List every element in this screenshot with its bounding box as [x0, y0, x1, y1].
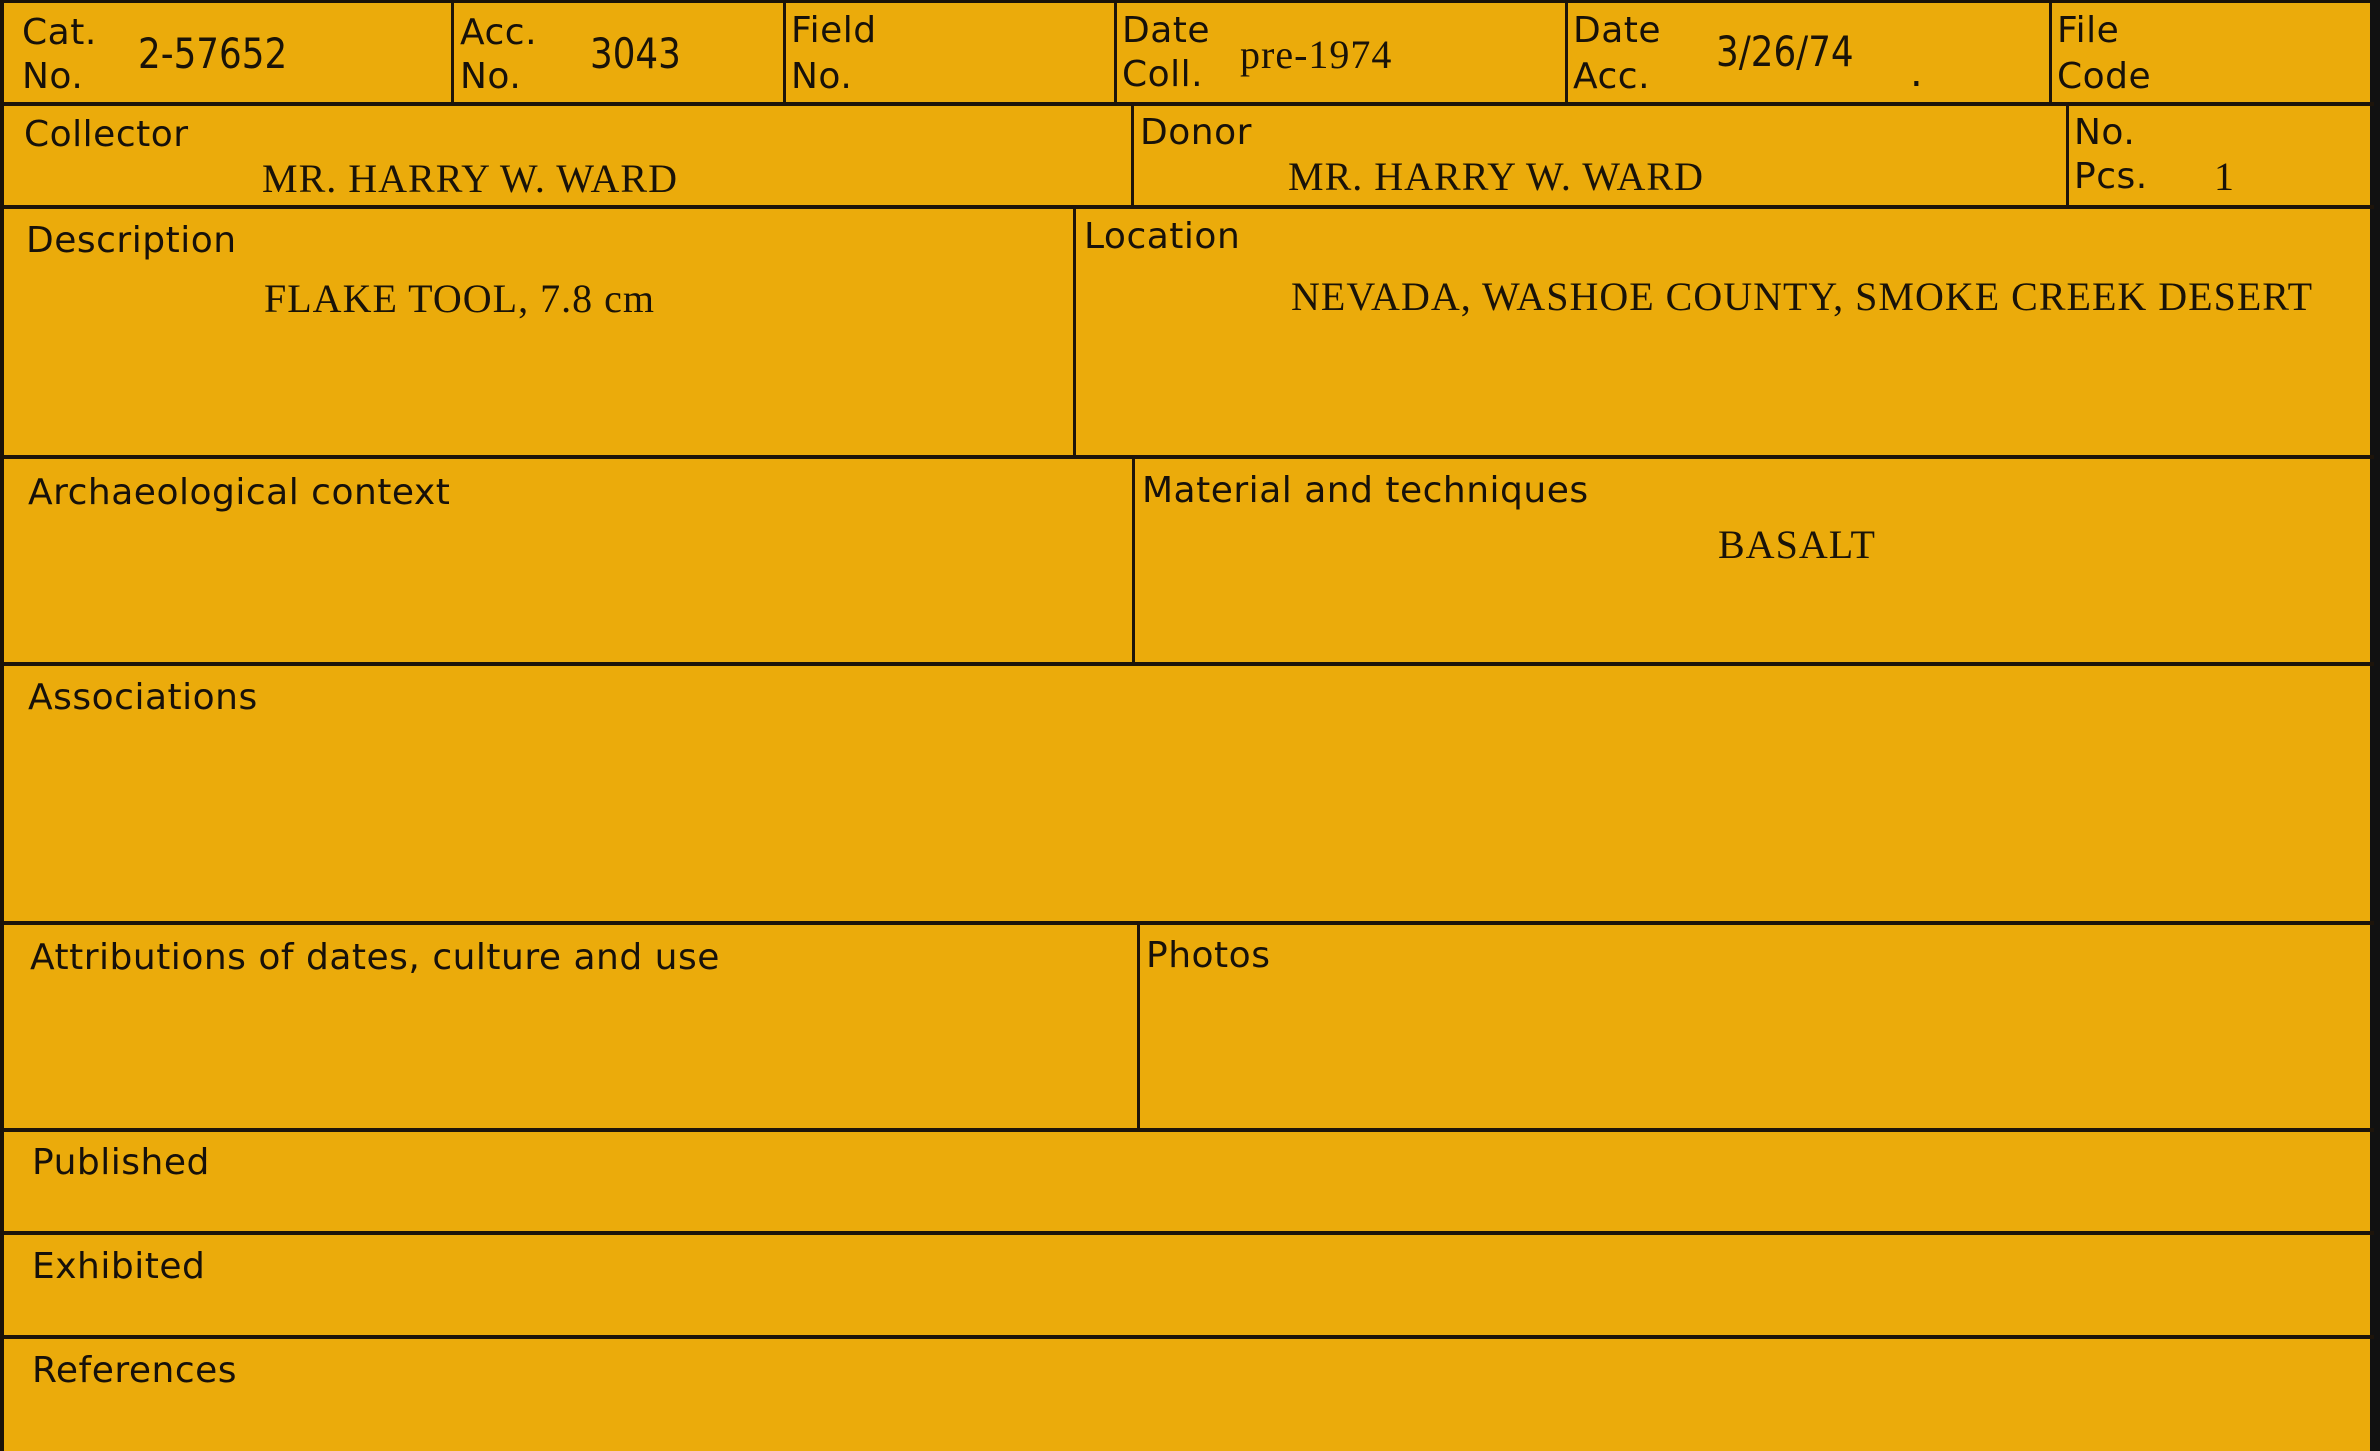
column-divider: [2066, 105, 2069, 207]
cat-no-value: 2-57652: [138, 29, 287, 78]
column-divider: [1137, 924, 1140, 1130]
no-pcs-label-line1: No.: [2074, 111, 2135, 155]
file-code-label-line1: File: [2057, 9, 2119, 53]
column-divider: [1131, 105, 1134, 207]
donor-label: Donor: [1140, 115, 1252, 151]
date-acc-value: 3/26/74: [1716, 27, 1854, 76]
published-label: Published: [32, 1145, 210, 1181]
material-techniques-label: Material and techniques: [1142, 473, 1589, 509]
cat-no-label-line1: Cat.: [22, 11, 97, 55]
cat-no-label-line2: No.: [22, 55, 83, 99]
collector-label: Collector: [24, 117, 189, 153]
date-coll-label-line2: Coll.: [1122, 53, 1203, 97]
column-divider: [783, 3, 786, 103]
references-label: References: [32, 1353, 237, 1389]
catalog-card: Cat. No. 2-57652 Acc. No. 3043 Field No.…: [0, 0, 2370, 1451]
date-coll-value: pre-1974: [1240, 31, 1392, 78]
row-divider: [4, 102, 2374, 106]
location-value: NEVADA, WASHOE COUNTY, SMOKE CREEK DESER…: [1291, 273, 2313, 320]
row-divider: [4, 1128, 2374, 1132]
attributions-label: Attributions of dates, culture and use: [30, 940, 720, 976]
column-divider: [2049, 3, 2052, 103]
field-no-label-line2: No.: [791, 55, 852, 99]
acc-no-label-line2: No.: [460, 55, 521, 99]
row-divider: [4, 455, 2374, 459]
description-value: FLAKE TOOL, 7.8 cm: [264, 275, 655, 322]
column-divider: [1132, 458, 1135, 664]
date-acc-mark: .: [1910, 53, 1923, 93]
column-divider: [451, 3, 454, 103]
associations-label: Associations: [28, 680, 258, 716]
date-acc-label-line1: Date: [1573, 9, 1661, 53]
date-coll-label-line1: Date: [1122, 9, 1210, 53]
row-divider: [4, 205, 2374, 209]
column-divider: [1114, 3, 1117, 103]
date-acc-label-line2: Acc.: [1573, 55, 1650, 99]
no-pcs-label-line2: Pcs.: [2074, 155, 2148, 199]
row-divider: [4, 921, 2374, 925]
field-no-label-line1: Field: [791, 9, 877, 53]
acc-no-value: 3043: [590, 29, 681, 78]
photos-label: Photos: [1146, 938, 1270, 974]
exhibited-label: Exhibited: [32, 1249, 205, 1285]
row-divider: [4, 1335, 2374, 1339]
row-divider: [4, 662, 2374, 666]
location-label: Location: [1084, 219, 1240, 255]
donor-value: MR. HARRY W. WARD: [1288, 153, 1704, 200]
material-techniques-value: BASALT: [1718, 521, 1876, 568]
description-label: Description: [26, 223, 237, 259]
row-divider: [4, 1231, 2374, 1235]
column-divider: [1073, 208, 1076, 457]
column-divider: [1565, 3, 1568, 103]
acc-no-label-line1: Acc.: [460, 11, 537, 55]
file-code-label-line2: Code: [2057, 55, 2151, 99]
collector-value: MR. HARRY W. WARD: [262, 155, 678, 202]
no-pcs-value: 1: [2214, 153, 2235, 200]
archaeological-context-label: Archaeological context: [28, 475, 450, 511]
